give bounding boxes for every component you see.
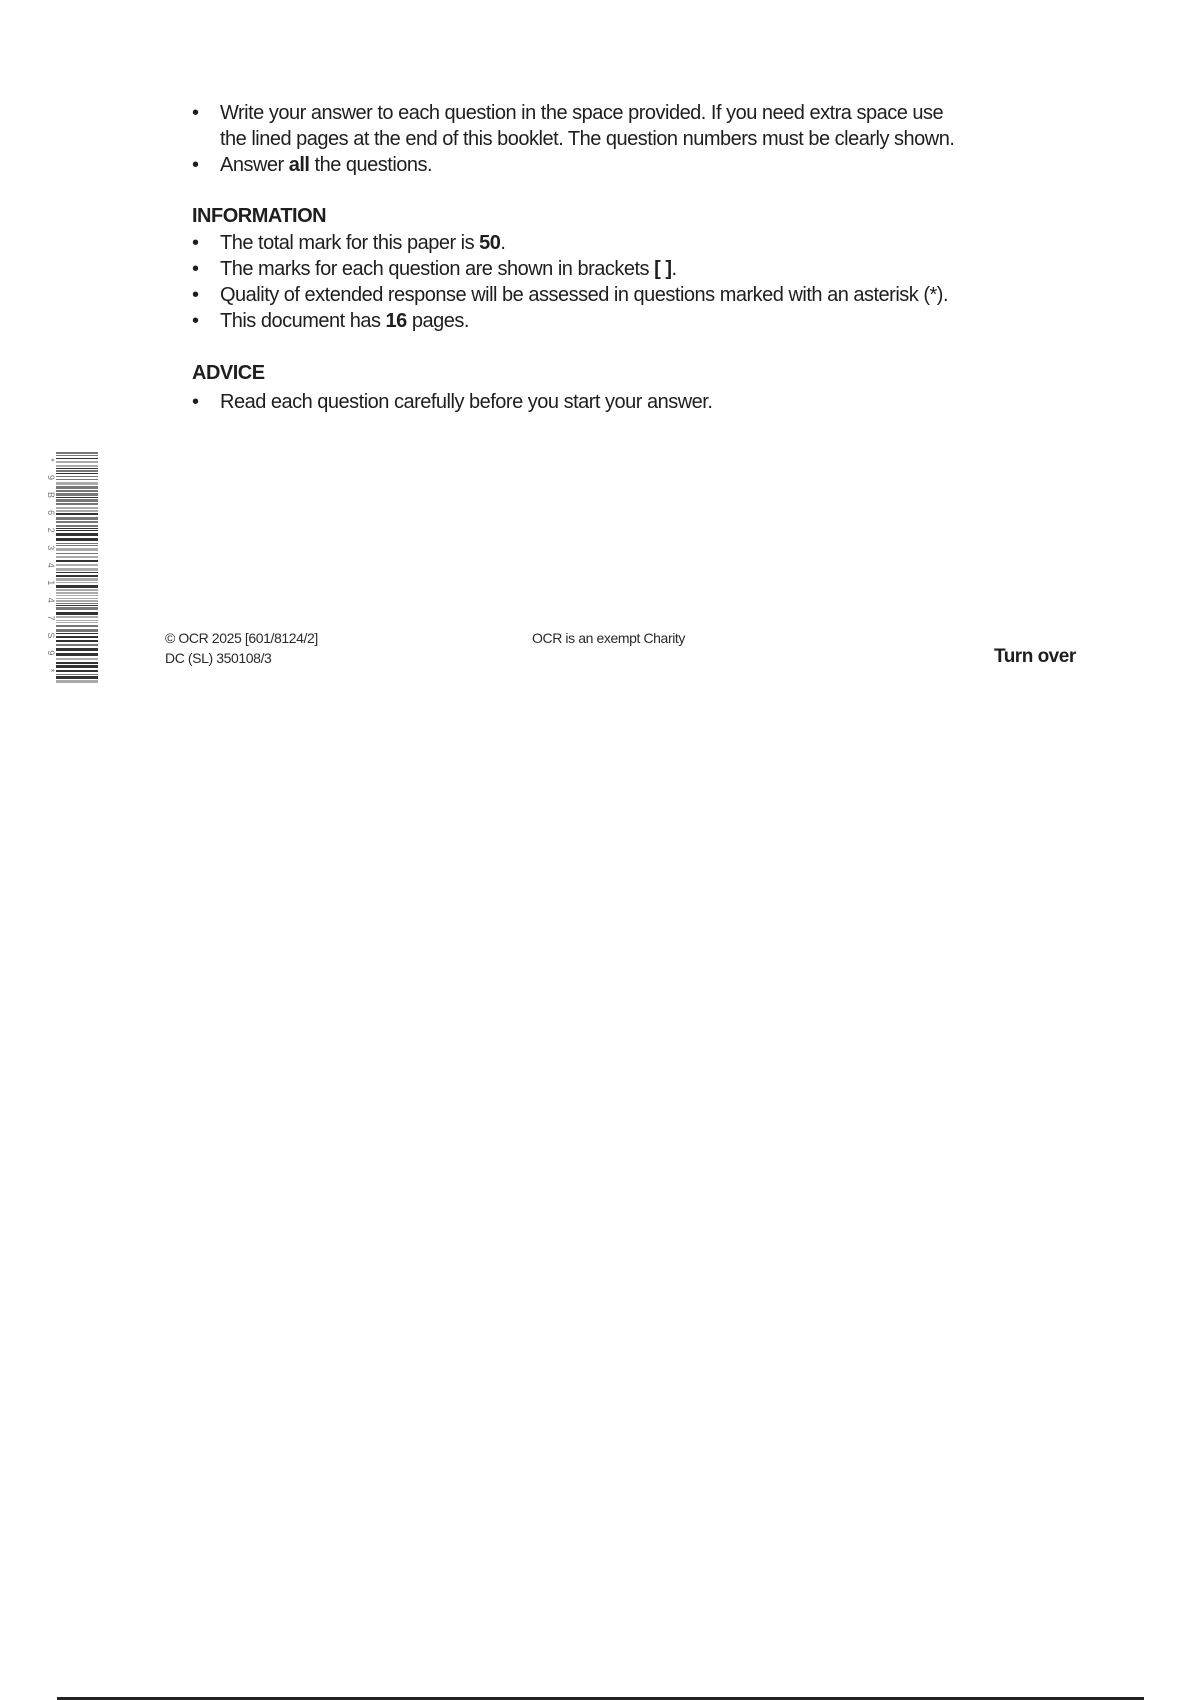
footer-code: DC (SL) 350108/3 xyxy=(165,650,271,666)
svg-text:9: 9 xyxy=(46,650,56,655)
svg-text:1: 1 xyxy=(46,580,56,585)
bullet: • xyxy=(192,100,220,126)
svg-text:9: 9 xyxy=(46,475,56,480)
information-text: The marks for each question are shown in… xyxy=(220,256,677,282)
footer-charity: OCR is an exempt Charity xyxy=(532,630,685,646)
barcode-icon: *9B6234147S9* xyxy=(42,452,100,684)
svg-text:4: 4 xyxy=(46,563,56,568)
bullet: • xyxy=(192,152,220,178)
svg-text:4: 4 xyxy=(46,598,56,603)
svg-text:B: B xyxy=(46,492,56,498)
bullet: • xyxy=(192,256,220,282)
svg-text:S: S xyxy=(46,632,56,638)
svg-text:*: * xyxy=(46,669,56,673)
turn-over-label: Turn over xyxy=(994,646,1076,668)
bullet: • xyxy=(192,282,220,308)
information-text: Quality of extended response will be ass… xyxy=(220,282,948,308)
svg-text:6: 6 xyxy=(46,510,56,515)
svg-text:7: 7 xyxy=(46,615,56,620)
advice-text: Read each question carefully before you … xyxy=(220,389,712,415)
footer-copyright: © OCR 2025 [601/8124/2] xyxy=(165,630,318,646)
svg-text:2: 2 xyxy=(46,528,56,533)
information-text: This document has 16 pages. xyxy=(220,308,469,334)
bullet: • xyxy=(192,308,220,334)
instruction-text-line-1: Write your answer to each question in th… xyxy=(220,100,943,126)
information-heading: INFORMATION xyxy=(192,205,326,228)
bullet: • xyxy=(192,230,220,256)
svg-text:3: 3 xyxy=(46,545,56,550)
svg-text:*: * xyxy=(46,458,56,462)
information-text: The total mark for this paper is 50. xyxy=(220,230,505,256)
advice-heading: ADVICE xyxy=(192,362,265,385)
instruction-text-line-2: the lined pages at the end of this bookl… xyxy=(220,126,954,152)
instruction-text: Answer all the questions. xyxy=(220,152,432,178)
bullet: • xyxy=(192,389,220,415)
